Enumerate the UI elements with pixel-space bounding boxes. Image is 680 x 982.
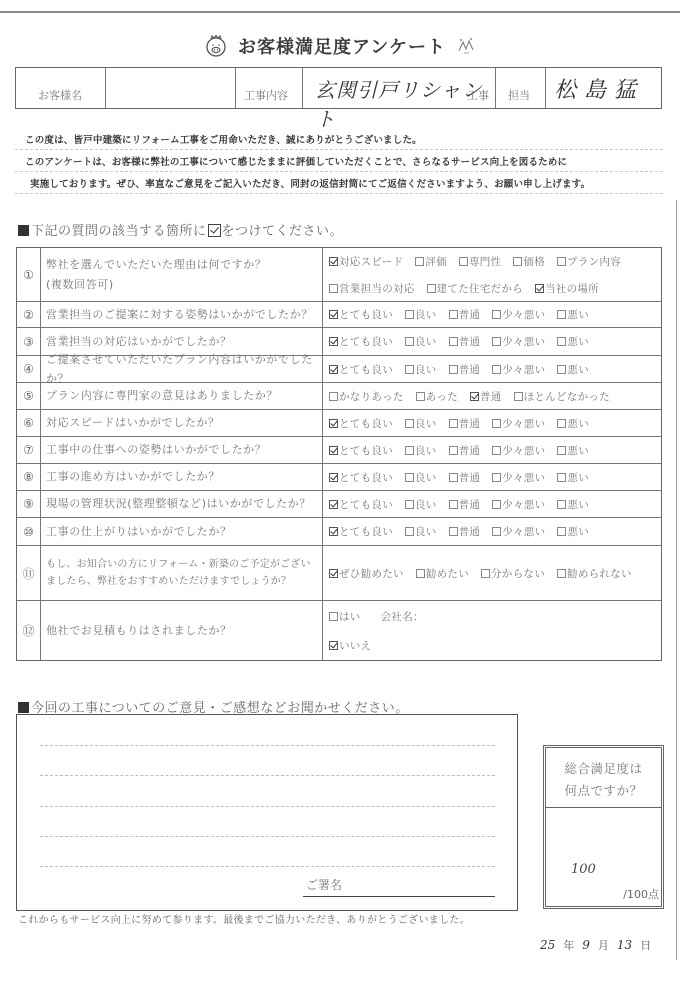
option-label: プラン内容 [567, 254, 621, 269]
customer-name-label: お客様名 [38, 87, 82, 103]
date-year-label: 年 [563, 937, 574, 953]
empty-box-icon[interactable] [492, 337, 501, 346]
option-checkbox[interactable]: 少々悪い [492, 362, 545, 377]
option-checkbox[interactable]: 普通 [449, 334, 481, 349]
option-line: とても良い良い普通少々悪い悪い [329, 307, 661, 322]
comment-writing-line [40, 806, 495, 807]
option-label: 良い [415, 362, 437, 377]
option-checkbox[interactable]: 少々悪い [492, 470, 545, 485]
sparkle-doodle-icon [456, 37, 476, 55]
option-label: 良い [415, 307, 437, 322]
option-checkbox[interactable]: 良い [405, 334, 437, 349]
option-checkbox[interactable]: 普通 [449, 362, 481, 377]
option-label: 普通 [459, 307, 481, 322]
question-number: ⑨ [17, 491, 41, 517]
empty-box-icon[interactable] [405, 500, 414, 509]
option-checkbox[interactable]: 良い [405, 497, 437, 512]
option-checkbox[interactable]: 勧めたい [416, 566, 469, 581]
empty-box-icon[interactable] [492, 500, 501, 509]
empty-box-icon[interactable] [405, 473, 414, 482]
option-line: とても良い良い普通少々悪い悪い [329, 524, 661, 539]
option-line: とても良い良い普通少々悪い悪い [329, 416, 661, 431]
option-checkbox[interactable]: 普通 [449, 470, 481, 485]
work-suffix-label: 工事 [467, 87, 489, 103]
option-label: 普通 [459, 416, 481, 431]
comment-writing-line [40, 775, 495, 776]
option-label: 悪い [567, 362, 589, 377]
option-checkbox[interactable]: かなりあった [329, 389, 404, 404]
option-label: 良い [415, 443, 437, 458]
intro-divider [15, 149, 663, 150]
question-text: 工事の進め方はいかがでしたか？ [41, 464, 323, 490]
empty-box-icon[interactable] [492, 446, 501, 455]
square-bullet-icon [18, 225, 29, 236]
empty-box-icon[interactable] [492, 527, 501, 536]
option-label: 少々悪い [502, 443, 545, 458]
score-input-field[interactable]: 100 /100点 [546, 808, 661, 906]
option-checkbox[interactable]: 良い [405, 470, 437, 485]
empty-box-icon[interactable] [557, 419, 566, 428]
overall-score-box: 総合満足度は 何点ですか？ 100 /100点 [543, 745, 664, 909]
option-label: 少々悪い [502, 524, 545, 539]
option-line: とても良い良い普通少々悪い悪い [329, 497, 661, 512]
empty-box-icon[interactable] [557, 500, 566, 509]
option-checkbox[interactable]: 悪い [557, 362, 589, 377]
option-label: とても良い [339, 334, 393, 349]
footer-thanks: これからもサービス向上に努めて参ります。最後までご協力いただき、ありがとうござい… [18, 911, 470, 926]
question-text-line: 対応スピードはいかがでしたか？ [46, 413, 322, 432]
option-label: 少々悪い [502, 497, 545, 512]
option-checkbox[interactable]: 営業担当の対応 [329, 281, 415, 296]
option-label: とても良い [339, 362, 393, 377]
option-checkbox[interactable]: 悪い [557, 443, 589, 458]
option-checkbox[interactable]: 普通 [449, 416, 481, 431]
response-date: 25 年 9 月 13 日 [540, 937, 651, 953]
empty-box-icon[interactable] [427, 284, 436, 293]
question-row: ⑨現場の管理状況(整理整頓など)はいかがでしたか？とても良い良い普通少々悪い悪い [17, 491, 661, 518]
option-checkbox[interactable]: 良い [405, 443, 437, 458]
option-checkbox[interactable]: いいえ [329, 638, 371, 653]
question-text: プラン内容に専門家の意見はありましたか？ [41, 383, 323, 409]
question-number: ⑦ [17, 437, 41, 463]
empty-box-icon[interactable] [481, 569, 490, 578]
option-checkbox[interactable]: とても良い [329, 443, 393, 458]
checkbox-example-icon [208, 224, 221, 237]
option-label: 少々悪い [502, 362, 545, 377]
option-checkbox[interactable]: 良い [405, 416, 437, 431]
option-checkbox[interactable]: 悪い [557, 334, 589, 349]
empty-box-icon[interactable] [449, 419, 458, 428]
comments-textarea[interactable] [16, 714, 518, 911]
customer-name-label-cell: お客様名 [16, 68, 106, 108]
option-label: あった [426, 389, 458, 404]
date-year: 25 [540, 938, 555, 952]
empty-box-icon[interactable] [329, 612, 338, 621]
question-number: ① [17, 248, 41, 301]
intro-line-1: この度は、皆戸中建築にリフォーム工事をご用命いただき、誠にありがとうございました… [25, 132, 665, 146]
option-checkbox[interactable]: 少々悪い [492, 334, 545, 349]
option-label: ほとんどなかった [524, 389, 610, 404]
checked-box-icon[interactable] [535, 284, 544, 293]
question-number: ③ [17, 328, 41, 355]
square-bullet-icon [18, 702, 29, 713]
question-number: ② [17, 302, 41, 327]
empty-box-icon[interactable] [449, 337, 458, 346]
checked-box-icon[interactable] [329, 337, 338, 346]
question-text: 他社でお見積もりはされましたか？ [41, 601, 323, 660]
option-checkbox[interactable]: ほとんどなかった [514, 389, 610, 404]
score-max-label: /100点 [623, 886, 659, 902]
option-line: とても良い良い普通少々悪い悪い [329, 334, 661, 349]
pig-mascot-icon [204, 34, 228, 58]
question-number: ⑩ [17, 518, 41, 545]
answer-options: とても良い良い普通少々悪い悪い [323, 356, 661, 382]
question-text-line: (複数回答可) [46, 275, 322, 294]
signature-field[interactable] [303, 896, 495, 897]
option-label: 建てた住宅だから [437, 281, 523, 296]
option-checkbox[interactable]: 価格 [513, 254, 545, 269]
empty-box-icon[interactable] [514, 392, 523, 401]
option-label: 悪い [567, 497, 589, 512]
option-label: 良い [415, 416, 437, 431]
question-text-line: 工事の進め方はいかがでしたか？ [46, 467, 322, 486]
checked-box-icon[interactable] [329, 419, 338, 428]
option-label: 良い [415, 470, 437, 485]
option-label: 良い [415, 497, 437, 512]
answer-options: かなりあったあった普通ほとんどなかった [323, 383, 661, 409]
option-label: 少々悪い [502, 334, 545, 349]
option-checkbox[interactable]: とても良い [329, 362, 393, 377]
option-label: 普通 [459, 443, 481, 458]
work-content-field[interactable]: 玄関引戸リシャント 工事 [303, 68, 496, 108]
option-label: 悪い [567, 470, 589, 485]
option-label: 当社の場所 [545, 281, 599, 296]
option-line: いいえ [329, 638, 661, 653]
option-checkbox[interactable]: 悪い [557, 524, 589, 539]
option-label: 普通 [459, 362, 481, 377]
question-text-line: 弊社を選んでいただいた理由は何ですか？ [46, 255, 322, 274]
empty-box-icon[interactable] [557, 569, 566, 578]
question-row: ⑪もし、お知合いの方にリフォーム・新築のご予定がございましたら、弊社をおすすめい… [17, 546, 661, 601]
question-row: ④ご提案させていただいたプラン内容はいかがでしたか？とても良い良い普通少々悪い悪… [17, 356, 661, 383]
company-name-field[interactable]: 会社名： [381, 609, 424, 624]
question-text: もし、お知合いの方にリフォーム・新築のご予定がございましたら、弊社をおすすめいた… [41, 546, 323, 600]
option-label: はい [339, 609, 361, 624]
empty-box-icon[interactable] [492, 310, 501, 319]
option-checkbox[interactable]: 普通 [449, 443, 481, 458]
checked-box-icon[interactable] [329, 569, 338, 578]
option-label: 営業担当の対応 [339, 281, 415, 296]
answer-options: とても良い良い普通少々悪い悪い [323, 410, 661, 436]
option-line: はい会社名： [329, 609, 661, 624]
option-label: 少々悪い [502, 307, 545, 322]
option-label: 普通 [480, 389, 502, 404]
question-text-line: 営業担当の対応はいかがでしたか？ [46, 332, 322, 351]
empty-box-icon[interactable] [449, 527, 458, 536]
option-label: 専門性 [469, 254, 501, 269]
option-checkbox[interactable]: 少々悪い [492, 524, 545, 539]
option-label: 悪い [567, 416, 589, 431]
option-checkbox[interactable]: とても良い [329, 334, 393, 349]
question-text: 現場の管理状況(整理整頓など)はいかがでしたか？ [41, 491, 323, 517]
empty-box-icon[interactable] [557, 310, 566, 319]
option-checkbox[interactable]: 勧められない [557, 566, 632, 581]
intro-line-2: このアンケートは、お客様に弊社の工事について感じたままに評価していただくことで、… [25, 154, 665, 168]
option-checkbox[interactable]: 普通 [449, 307, 481, 322]
question-text-line: 工事の仕上がりはいかがでしたか？ [46, 522, 322, 541]
staff-value: 松島猛 [554, 73, 644, 104]
checked-box-icon[interactable] [470, 392, 479, 401]
question-number: ⑤ [17, 383, 41, 409]
option-label: 普通 [459, 497, 481, 512]
empty-box-icon[interactable] [557, 527, 566, 536]
checked-box-icon[interactable] [329, 446, 338, 455]
answer-options: とても良い良い普通少々悪い悪い [323, 302, 661, 327]
intro-line-3: 実施しております。ぜひ、率直なご意見をご記入いただき、同封の返信封筒にてご返信く… [30, 176, 670, 190]
empty-box-icon[interactable] [492, 419, 501, 428]
option-label: とても良い [339, 443, 393, 458]
date-month: 9 [582, 938, 590, 952]
empty-box-icon[interactable] [405, 527, 414, 536]
empty-box-icon[interactable] [492, 365, 501, 374]
checked-box-icon[interactable] [329, 527, 338, 536]
option-checkbox[interactable]: 少々悪い [492, 443, 545, 458]
question-text-line: もし、お知合いの方にリフォーム・新築のご予定がござい [46, 556, 322, 574]
date-day-label: 日 [640, 937, 651, 953]
option-label: とても良い [339, 524, 393, 539]
option-line: とても良い良い普通少々悪い悪い [329, 470, 661, 485]
option-checkbox[interactable]: 少々悪い [492, 497, 545, 512]
question-text: 工事中の仕事への姿勢はいかがでしたか？ [41, 437, 323, 463]
empty-box-icon[interactable] [557, 446, 566, 455]
option-checkbox[interactable]: プラン内容 [557, 254, 621, 269]
form-header: お客様満足度アンケート [0, 30, 680, 62]
option-checkbox[interactable]: 少々悪い [492, 307, 545, 322]
checked-box-icon[interactable] [329, 365, 338, 374]
questions-heading: 下記の質問の該当する箇所にをつけてください。 [18, 220, 343, 239]
score-question-line-2: 何点ですか？ [546, 780, 661, 802]
option-checkbox[interactable]: 普通 [449, 524, 481, 539]
empty-box-icon[interactable] [449, 473, 458, 482]
intro-divider [15, 171, 663, 172]
option-checkbox[interactable]: とても良い [329, 307, 393, 322]
answer-options: とても良い良い普通少々悪い悪い [323, 518, 661, 545]
option-label: 勧められない [567, 566, 632, 581]
customer-name-field[interactable] [106, 68, 236, 108]
option-label: 普通 [459, 470, 481, 485]
question-text-line: 営業担当のご提案に対する姿勢はいかがでしたか？ [46, 305, 322, 324]
question-text-line: ましたら、弊社をおすすめいただけますでしょうか？ [46, 573, 322, 591]
answer-options: 対応スピード評価専門性価格プラン内容営業担当の対応建てた住宅だから当社の場所 [323, 248, 661, 301]
option-checkbox[interactable]: 当社の場所 [535, 281, 599, 296]
empty-box-icon[interactable] [557, 473, 566, 482]
checked-box-icon[interactable] [329, 500, 338, 509]
empty-box-icon[interactable] [449, 365, 458, 374]
option-label: 悪い [567, 307, 589, 322]
question-text-line: 他社でお見積もりはされましたか？ [46, 621, 322, 640]
option-label: 価格 [523, 254, 545, 269]
option-checkbox[interactable]: 悪い [557, 416, 589, 431]
option-checkbox[interactable]: とても良い [329, 416, 393, 431]
option-line: 営業担当の対応建てた住宅だから当社の場所 [329, 281, 661, 296]
option-label: 少々悪い [502, 416, 545, 431]
option-label: とても良い [339, 470, 393, 485]
staff-field[interactable]: 松島猛 [546, 68, 661, 108]
empty-box-icon[interactable] [405, 419, 414, 428]
score-question-line-1: 総合満足度は [546, 758, 661, 780]
option-label: いいえ [339, 638, 371, 653]
option-checkbox[interactable]: 普通 [449, 497, 481, 512]
question-text-line: 現場の管理状況(整理整頓など)はいかがでしたか？ [46, 494, 322, 513]
checked-box-icon[interactable] [329, 257, 338, 266]
option-checkbox[interactable]: ぜひ勧めたい [329, 566, 404, 581]
question-row: ⑩工事の仕上がりはいかがでしたか？とても良い良い普通少々悪い悪い [17, 518, 661, 546]
question-row: ②営業担当のご提案に対する姿勢はいかがでしたか？とても良い良い普通少々悪い悪い [17, 302, 661, 328]
question-text: 営業担当のご提案に対する姿勢はいかがでしたか？ [41, 302, 323, 327]
option-label: 普通 [459, 524, 481, 539]
answer-options: はい会社名：いいえ [323, 601, 661, 660]
question-text: 弊社を選んでいただいた理由は何ですか？(複数回答可) [41, 248, 323, 301]
option-label: 悪い [567, 524, 589, 539]
question-text: ご提案させていただいたプラン内容はいかがでしたか？ [41, 356, 323, 382]
signature-label: ご署名 [306, 876, 342, 893]
option-line: とても良い良い普通少々悪い悪い [329, 362, 661, 377]
option-checkbox[interactable]: 普通 [470, 389, 502, 404]
option-line: 対応スピード評価専門性価格プラン内容 [329, 254, 661, 269]
work-content-value: 玄関引戸リシャント [315, 74, 495, 132]
option-label: 悪い [567, 443, 589, 458]
answer-options: ぜひ勧めたい勧めたい分からない勧められない [323, 546, 661, 600]
work-content-label: 工事内容 [244, 87, 288, 103]
score-question: 総合満足度は 何点ですか？ [546, 748, 661, 808]
option-label: 対応スピード [339, 254, 403, 269]
answer-options: とても良い良い普通少々悪い悪い [323, 491, 661, 517]
question-row: ⑦工事中の仕事への姿勢はいかがでしたか？とても良い良い普通少々悪い悪い [17, 437, 661, 464]
right-edge-rule [676, 200, 677, 960]
empty-box-icon[interactable] [449, 500, 458, 509]
option-label: 勧めたい [426, 566, 469, 581]
empty-box-icon[interactable] [492, 473, 501, 482]
empty-box-icon[interactable] [416, 569, 425, 578]
option-label: かなりあった [339, 389, 404, 404]
question-number: ⑫ [17, 601, 41, 660]
empty-box-icon[interactable] [449, 310, 458, 319]
question-text-line: プラン内容に専門家の意見はありましたか？ [46, 386, 322, 405]
empty-box-icon[interactable] [459, 257, 468, 266]
checked-box-icon[interactable] [329, 473, 338, 482]
question-text: 工事の仕上がりはいかがでしたか？ [41, 518, 323, 545]
staff-label-cell: 担当 [496, 68, 546, 108]
empty-box-icon[interactable] [449, 446, 458, 455]
checked-box-icon[interactable] [329, 310, 338, 319]
option-checkbox[interactable]: 悪い [557, 470, 589, 485]
intro-divider [15, 193, 663, 194]
option-line: とても良い良い普通少々悪い悪い [329, 443, 661, 458]
question-number: ⑪ [17, 546, 41, 600]
option-checkbox[interactable]: 対応スピード [329, 254, 403, 269]
option-label: 良い [415, 334, 437, 349]
question-number: ④ [17, 356, 41, 382]
checked-box-icon[interactable] [329, 641, 338, 650]
option-checkbox[interactable]: 少々悪い [492, 416, 545, 431]
option-checkbox[interactable]: 悪い [557, 497, 589, 512]
option-label: ぜひ勧めたい [339, 566, 404, 581]
date-day: 13 [617, 938, 632, 952]
question-number: ⑧ [17, 464, 41, 490]
comment-writing-line [40, 866, 495, 867]
questions-table: ①弊社を選んでいただいた理由は何ですか？(複数回答可)対応スピード評価専門性価格… [16, 247, 662, 661]
option-checkbox[interactable]: 評価 [415, 254, 447, 269]
option-checkbox[interactable]: はい [329, 609, 361, 624]
date-month-label: 月 [598, 937, 609, 953]
option-label: 悪い [567, 334, 589, 349]
empty-box-icon[interactable] [405, 446, 414, 455]
option-label: とても良い [339, 307, 393, 322]
empty-box-icon[interactable] [557, 337, 566, 346]
option-checkbox[interactable]: 良い [405, 307, 437, 322]
question-row: ⑥対応スピードはいかがでしたか？とても良い良い普通少々悪い悪い [17, 410, 661, 437]
option-label: 良い [415, 524, 437, 539]
option-label: とても良い [339, 497, 393, 512]
answer-options: とても良い良い普通少々悪い悪い [323, 437, 661, 463]
question-row: ⑤プラン内容に専門家の意見はありましたか？かなりあったあった普通ほとんどなかった [17, 383, 661, 410]
option-checkbox[interactable]: 悪い [557, 307, 589, 322]
option-label: とても良い [339, 416, 393, 431]
comment-writing-line [40, 836, 495, 837]
empty-box-icon[interactable] [415, 257, 424, 266]
option-checkbox[interactable]: あった [416, 389, 458, 404]
option-checkbox[interactable]: 分からない [481, 566, 545, 581]
option-checkbox[interactable]: 建てた住宅だから [427, 281, 523, 296]
empty-box-icon[interactable] [405, 310, 414, 319]
empty-box-icon[interactable] [405, 365, 414, 374]
work-content-label-cell: 工事内容 [236, 68, 303, 108]
empty-box-icon[interactable] [513, 257, 522, 266]
option-checkbox[interactable]: とても良い [329, 497, 393, 512]
empty-box-icon[interactable] [557, 365, 566, 374]
option-checkbox[interactable]: とても良い [329, 470, 393, 485]
answer-options: とても良い良い普通少々悪い悪い [323, 464, 661, 490]
option-label: 少々悪い [502, 470, 545, 485]
option-checkbox[interactable]: 良い [405, 362, 437, 377]
option-label: 会社名： [381, 609, 424, 624]
question-row: ①弊社を選んでいただいた理由は何ですか？(複数回答可)対応スピード評価専門性価格… [17, 248, 661, 302]
empty-box-icon[interactable] [416, 392, 425, 401]
score-value: 100 [571, 862, 596, 877]
answer-options: とても良い良い普通少々悪い悪い [323, 328, 661, 355]
option-label: 評価 [425, 254, 447, 269]
option-line: ぜひ勧めたい勧めたい分からない勧められない [329, 566, 661, 581]
option-label: 普通 [459, 334, 481, 349]
option-checkbox[interactable]: とても良い [329, 524, 393, 539]
empty-box-icon[interactable] [405, 337, 414, 346]
question-text-line: 工事中の仕事への姿勢はいかがでしたか？ [46, 440, 322, 459]
option-checkbox[interactable]: 専門性 [459, 254, 501, 269]
questions-heading-text: 下記の質問の該当する箇所に [31, 224, 207, 239]
option-label: 分からない [491, 566, 545, 581]
questions-heading-text-end: をつけてください。 [222, 224, 344, 239]
form-title: お客様満足度アンケート [238, 33, 446, 59]
question-text: 対応スピードはいかがでしたか？ [41, 410, 323, 436]
empty-box-icon[interactable] [329, 284, 338, 293]
empty-box-icon[interactable] [557, 257, 566, 266]
question-row: ⑧工事の進め方はいかがでしたか？とても良い良い普通少々悪い悪い [17, 464, 661, 491]
option-checkbox[interactable]: 良い [405, 524, 437, 539]
top-edge-rule [0, 11, 680, 13]
comment-writing-line [40, 745, 495, 746]
empty-box-icon[interactable] [329, 392, 338, 401]
option-line: かなりあったあった普通ほとんどなかった [329, 389, 661, 404]
